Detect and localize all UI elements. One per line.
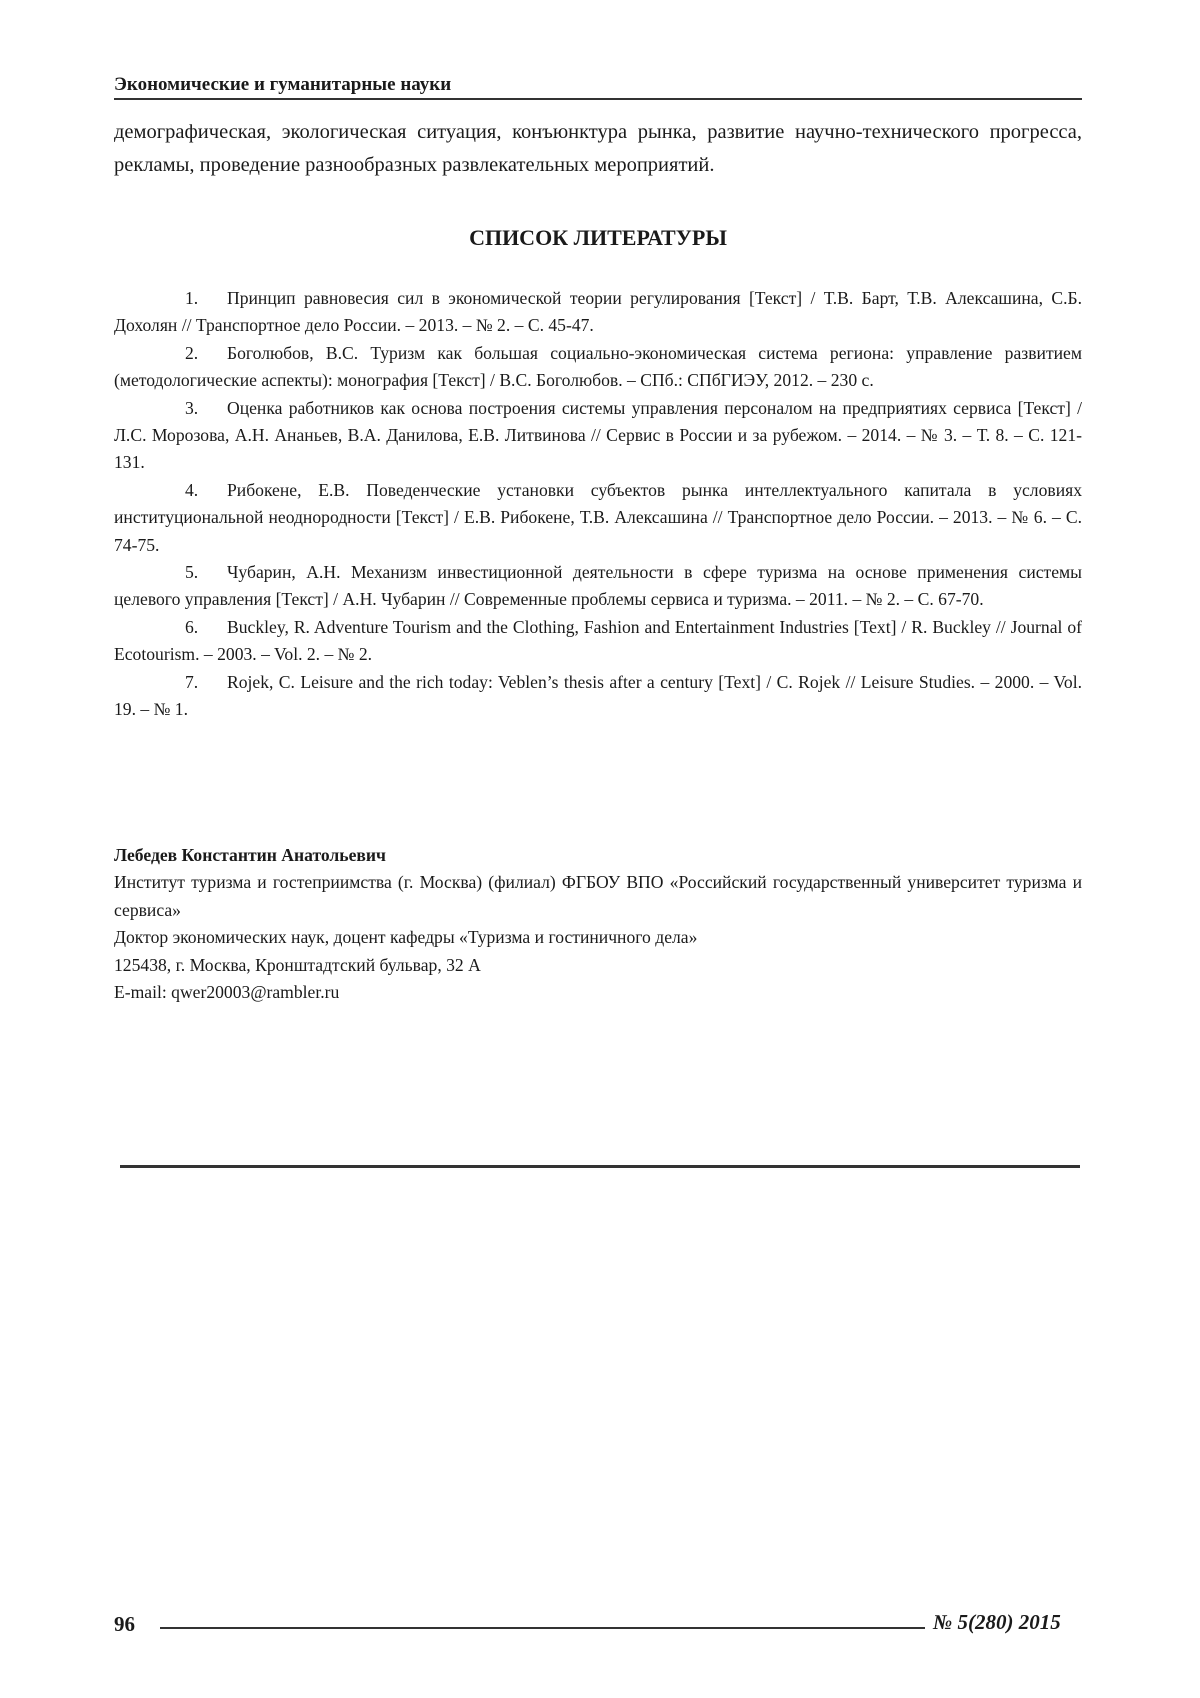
reference-item: 6.Buckley, R. Adventure Tourism and the … [114,614,1082,669]
reference-text: Боголюбов, В.С. Туризм как большая социа… [114,343,1082,390]
reference-number: 3. [185,395,227,422]
reference-item: 4.Рибокене, Е.В. Поведенческие установки… [114,477,1082,559]
reference-item: 7.Rojek, C. Leisure and the rich today: … [114,669,1082,724]
reference-number: 1. [185,285,227,312]
running-head: Экономические и гуманитарные науки [114,74,1082,100]
references-title: СПИСОК ЛИТЕРАТУРЫ [114,224,1082,252]
reference-item: 1.Принцип равновесия сил в экономической… [114,285,1082,340]
reference-text: Rojek, C. Leisure and the rich today: Ve… [114,672,1082,719]
footer-rule [160,1627,925,1629]
author-position: Доктор экономических наук, доцент кафедр… [114,924,1082,951]
reference-text: Рибокене, Е.В. Поведенческие установки с… [114,480,1082,555]
reference-item: 3.Оценка работников как основа построени… [114,395,1082,477]
reference-number: 2. [185,340,227,367]
author-affiliation: Институт туризма и гостеприимства (г. Мо… [114,869,1082,924]
author-email: E-mail: qwer20003@rambler.ru [114,979,1082,1006]
reference-number: 5. [185,559,227,586]
separator-rule [120,1165,1080,1168]
author-info: Лебедев Константин Анатольевич Институт … [114,842,1082,1006]
reference-item: 2.Боголюбов, В.С. Туризм как большая соц… [114,340,1082,395]
reference-text: Принцип равновесия сил в экономической т… [114,288,1082,335]
references-list: 1.Принцип равновесия сил в экономической… [114,285,1082,724]
author-name: Лебедев Константин Анатольевич [114,842,1082,869]
reference-number: 4. [185,477,227,504]
reference-number: 6. [185,614,227,641]
body-paragraph: демографическая, экологическая ситуация,… [114,116,1082,182]
reference-number: 7. [185,669,227,696]
reference-text: Чубарин, А.Н. Механизм инвестиционной де… [114,562,1082,609]
page-number: 96 [114,1612,135,1636]
reference-item: 5.Чубарин, А.Н. Механизм инвестиционной … [114,559,1082,614]
reference-text: Оценка работников как основа построения … [114,398,1082,473]
issue-label: № 5(280) 2015 [933,1610,1061,1634]
author-address: 125438, г. Москва, Кронштадтский бульвар… [114,952,1082,979]
reference-text: Buckley, R. Adventure Tourism and the Cl… [114,617,1082,664]
